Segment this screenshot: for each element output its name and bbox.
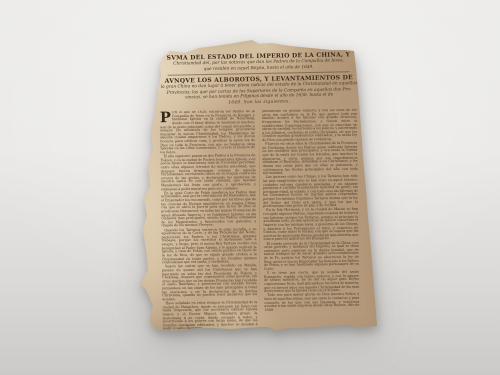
paragraph: En la gran Corte de Pekin quedaron los P… (161, 190, 256, 227)
left-column: POR el año de 1628. entraron los Padres … (160, 110, 258, 332)
document-page: SVMA DEL ESTADO DEL IMPERIO DE LA CHINA,… (135, 38, 382, 334)
paragraph: Quando los Tartaros entraron la gran mur… (161, 227, 256, 264)
document-photo: SVMA DEL ESTADO DEL IMPERIO DE LA CHINA,… (135, 38, 382, 334)
paragraph: El año siguiente passaron dos Padres à l… (160, 154, 255, 191)
paragraph: Floreciò en estos años la Christiandad d… (262, 141, 357, 175)
title-block: SVMA DEL ESTADO DEL IMPERIO DE LA CHINA,… (159, 51, 358, 107)
photo-background: { "scene": { "background_top_color": "#e… (0, 0, 500, 375)
paragraph: Las guerras entre los Chinas, y los Tart… (263, 175, 358, 209)
paragraph: Segun las cartas que se han recebido en … (162, 264, 257, 301)
paragraph: En la Isla Hermosa, y en la ciudad de Ma… (263, 208, 358, 242)
paragraph: Hase señalado en estos tiempos la Christ… (162, 301, 257, 331)
paragraph: El estado presente de la Christiandad de… (264, 241, 359, 271)
paragraph: Todo sea para mayor gloria de Dios nuest… (264, 293, 359, 312)
paragraph: juntamente en grande numero; y son los u… (262, 108, 357, 142)
paragraph: POR el año de 1628. entraron los Padres … (160, 110, 256, 155)
drop-cap-initial: P (160, 111, 171, 124)
paragraph: Y se tiene por cierto, que la semilla de… (264, 270, 359, 293)
page-content: SVMA DEL ESTADO DEL IMPERIO DE LA CHINA,… (160, 52, 361, 332)
column-gutter-crease (259, 108, 260, 326)
text-columns: POR el año de 1628. entraron los Padres … (160, 108, 361, 332)
right-column: juntamente en grande numero; y son los u… (262, 108, 360, 330)
